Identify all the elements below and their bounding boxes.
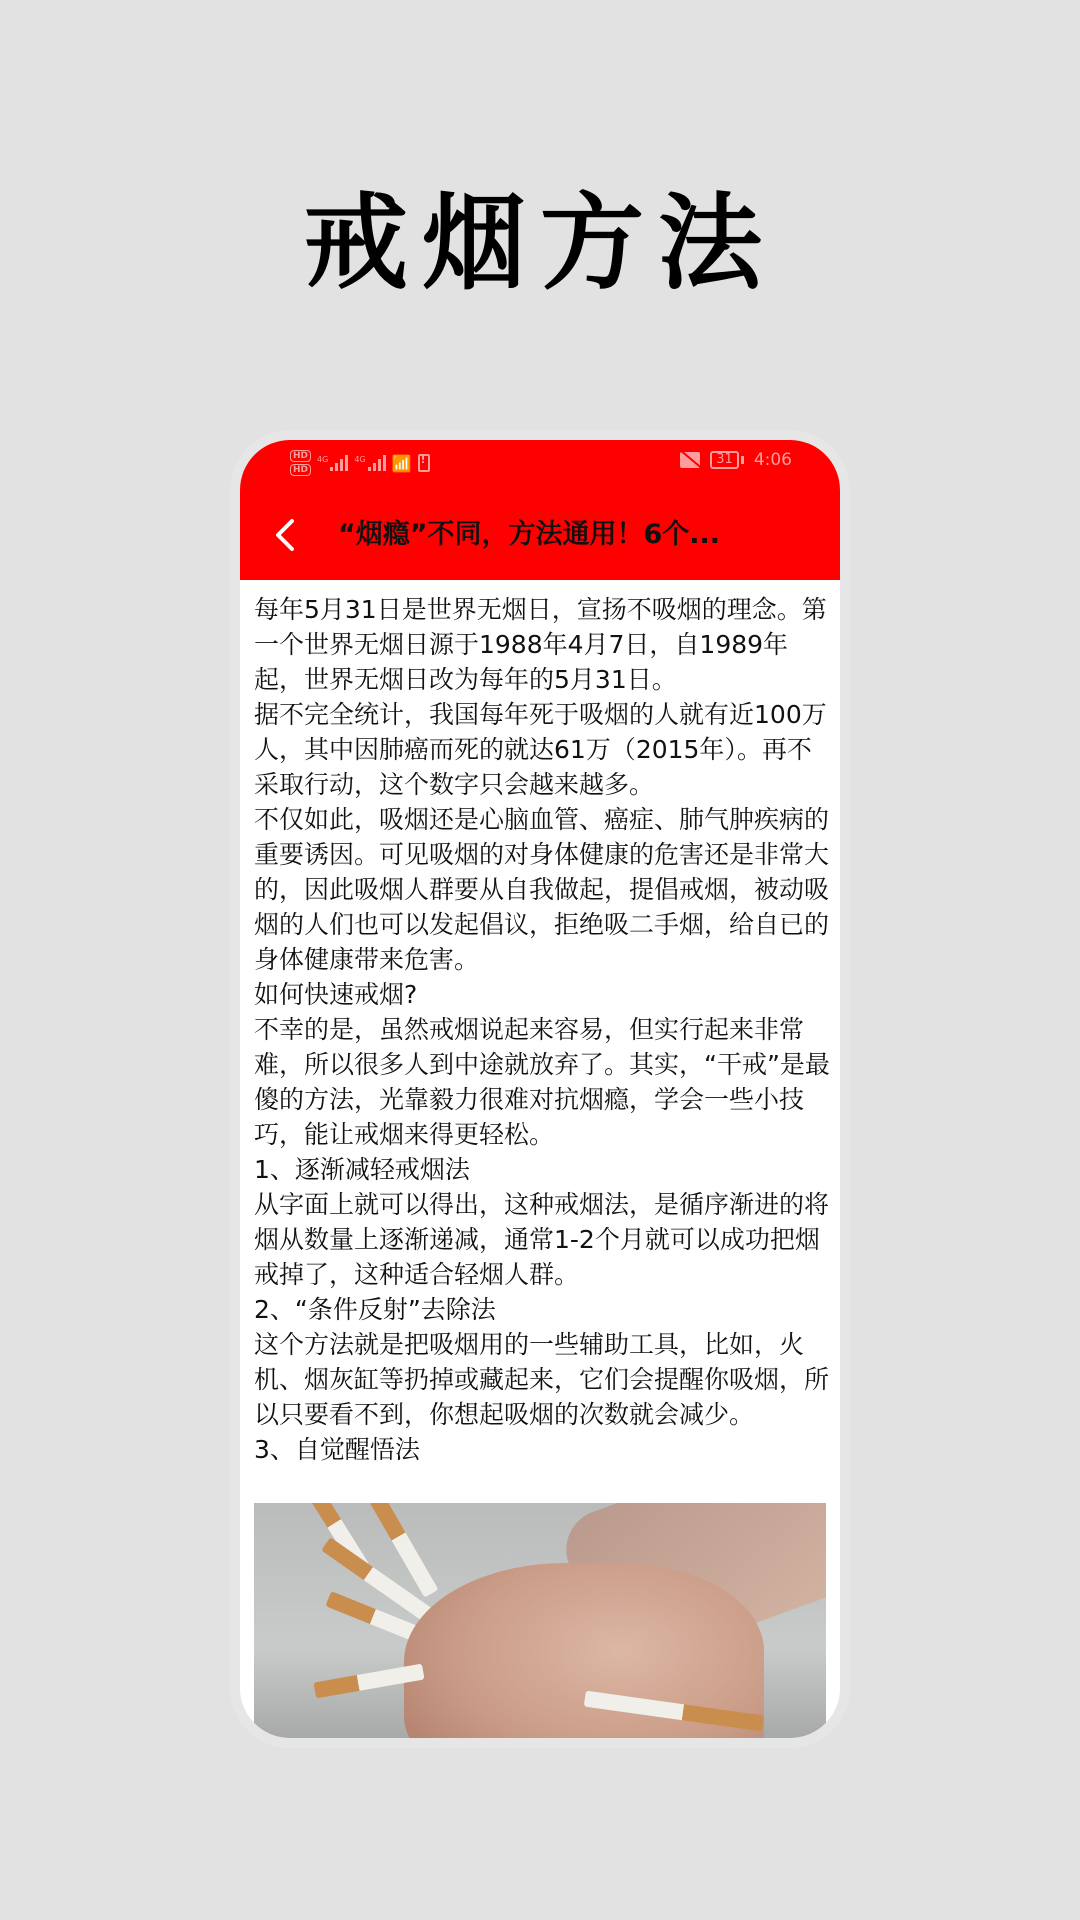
signal-icon: 4G [317,455,348,471]
network-type-label: 4G [317,455,328,464]
hd-icon: HD [290,464,311,476]
hd-voice-icons: HD HD [290,450,311,476]
clock: 4:06 [754,450,792,470]
section-heading: 3、自觉醒悟法 [254,1432,830,1467]
article-title: “烟瘾”不同，方法通用！6个... [338,516,798,554]
paragraph: 从字面上就可以得出，这种戒烟法，是循序渐进的将烟从数量上逐渐递减，通常1-2个月… [254,1187,830,1292]
app-bar: HD HD 4G 4G 📶 31 [240,440,840,580]
network-type-label: 4G [354,455,365,464]
section-heading: 2、“条件反射”去除法 [254,1292,830,1327]
paragraph: 不仅如此，吸烟还是心脑血管、癌症、肺气肿疾病的重要诱因。可见吸烟的对身体健康的危… [254,802,830,977]
phone-screen: HD HD 4G 4G 📶 31 [240,440,840,1738]
article-image [254,1503,826,1738]
signal-icon: 4G [354,455,385,471]
battery-level: 31 [710,451,739,469]
work-profile-off-icon [680,452,700,468]
paragraph: 据不完全统计，我国每年死于吸烟的人就有近100万人，其中因肺癌而死的就达61万（… [254,697,830,802]
article-body[interactable]: 每年5月31日是世界无烟日，宣扬不吸烟的理念。第一个世界无烟日源于1988年4月… [254,592,830,1467]
battery-alert-icon [418,454,430,472]
chevron-left-icon [274,518,296,552]
promo-title: 戒烟方法 [0,178,1080,308]
paragraph: 这个方法就是把吸烟用的一些辅助工具，比如，火机、烟灰缸等扔掉或藏起来，它们会提醒… [254,1327,830,1432]
status-bar: HD HD 4G 4G 📶 31 [240,440,840,490]
back-button[interactable] [270,518,300,552]
paragraph: 每年5月31日是世界无烟日，宣扬不吸烟的理念。第一个世界无烟日源于1988年4月… [254,592,830,697]
status-left: HD HD 4G 4G 📶 [290,450,430,476]
section-heading: 1、逐渐减轻戒烟法 [254,1152,830,1187]
paragraph: 不幸的是，虽然戒烟说起来容易，但实行起来非常难，所以很多人到中途就放弃了。其实，… [254,1012,830,1152]
hd-icon: HD [290,450,311,462]
battery-icon: 31 [710,451,744,469]
wifi-icon: 📶 [392,454,412,473]
status-right: 31 4:06 [680,450,792,470]
section-heading: 如何快速戒烟? [254,977,830,1012]
